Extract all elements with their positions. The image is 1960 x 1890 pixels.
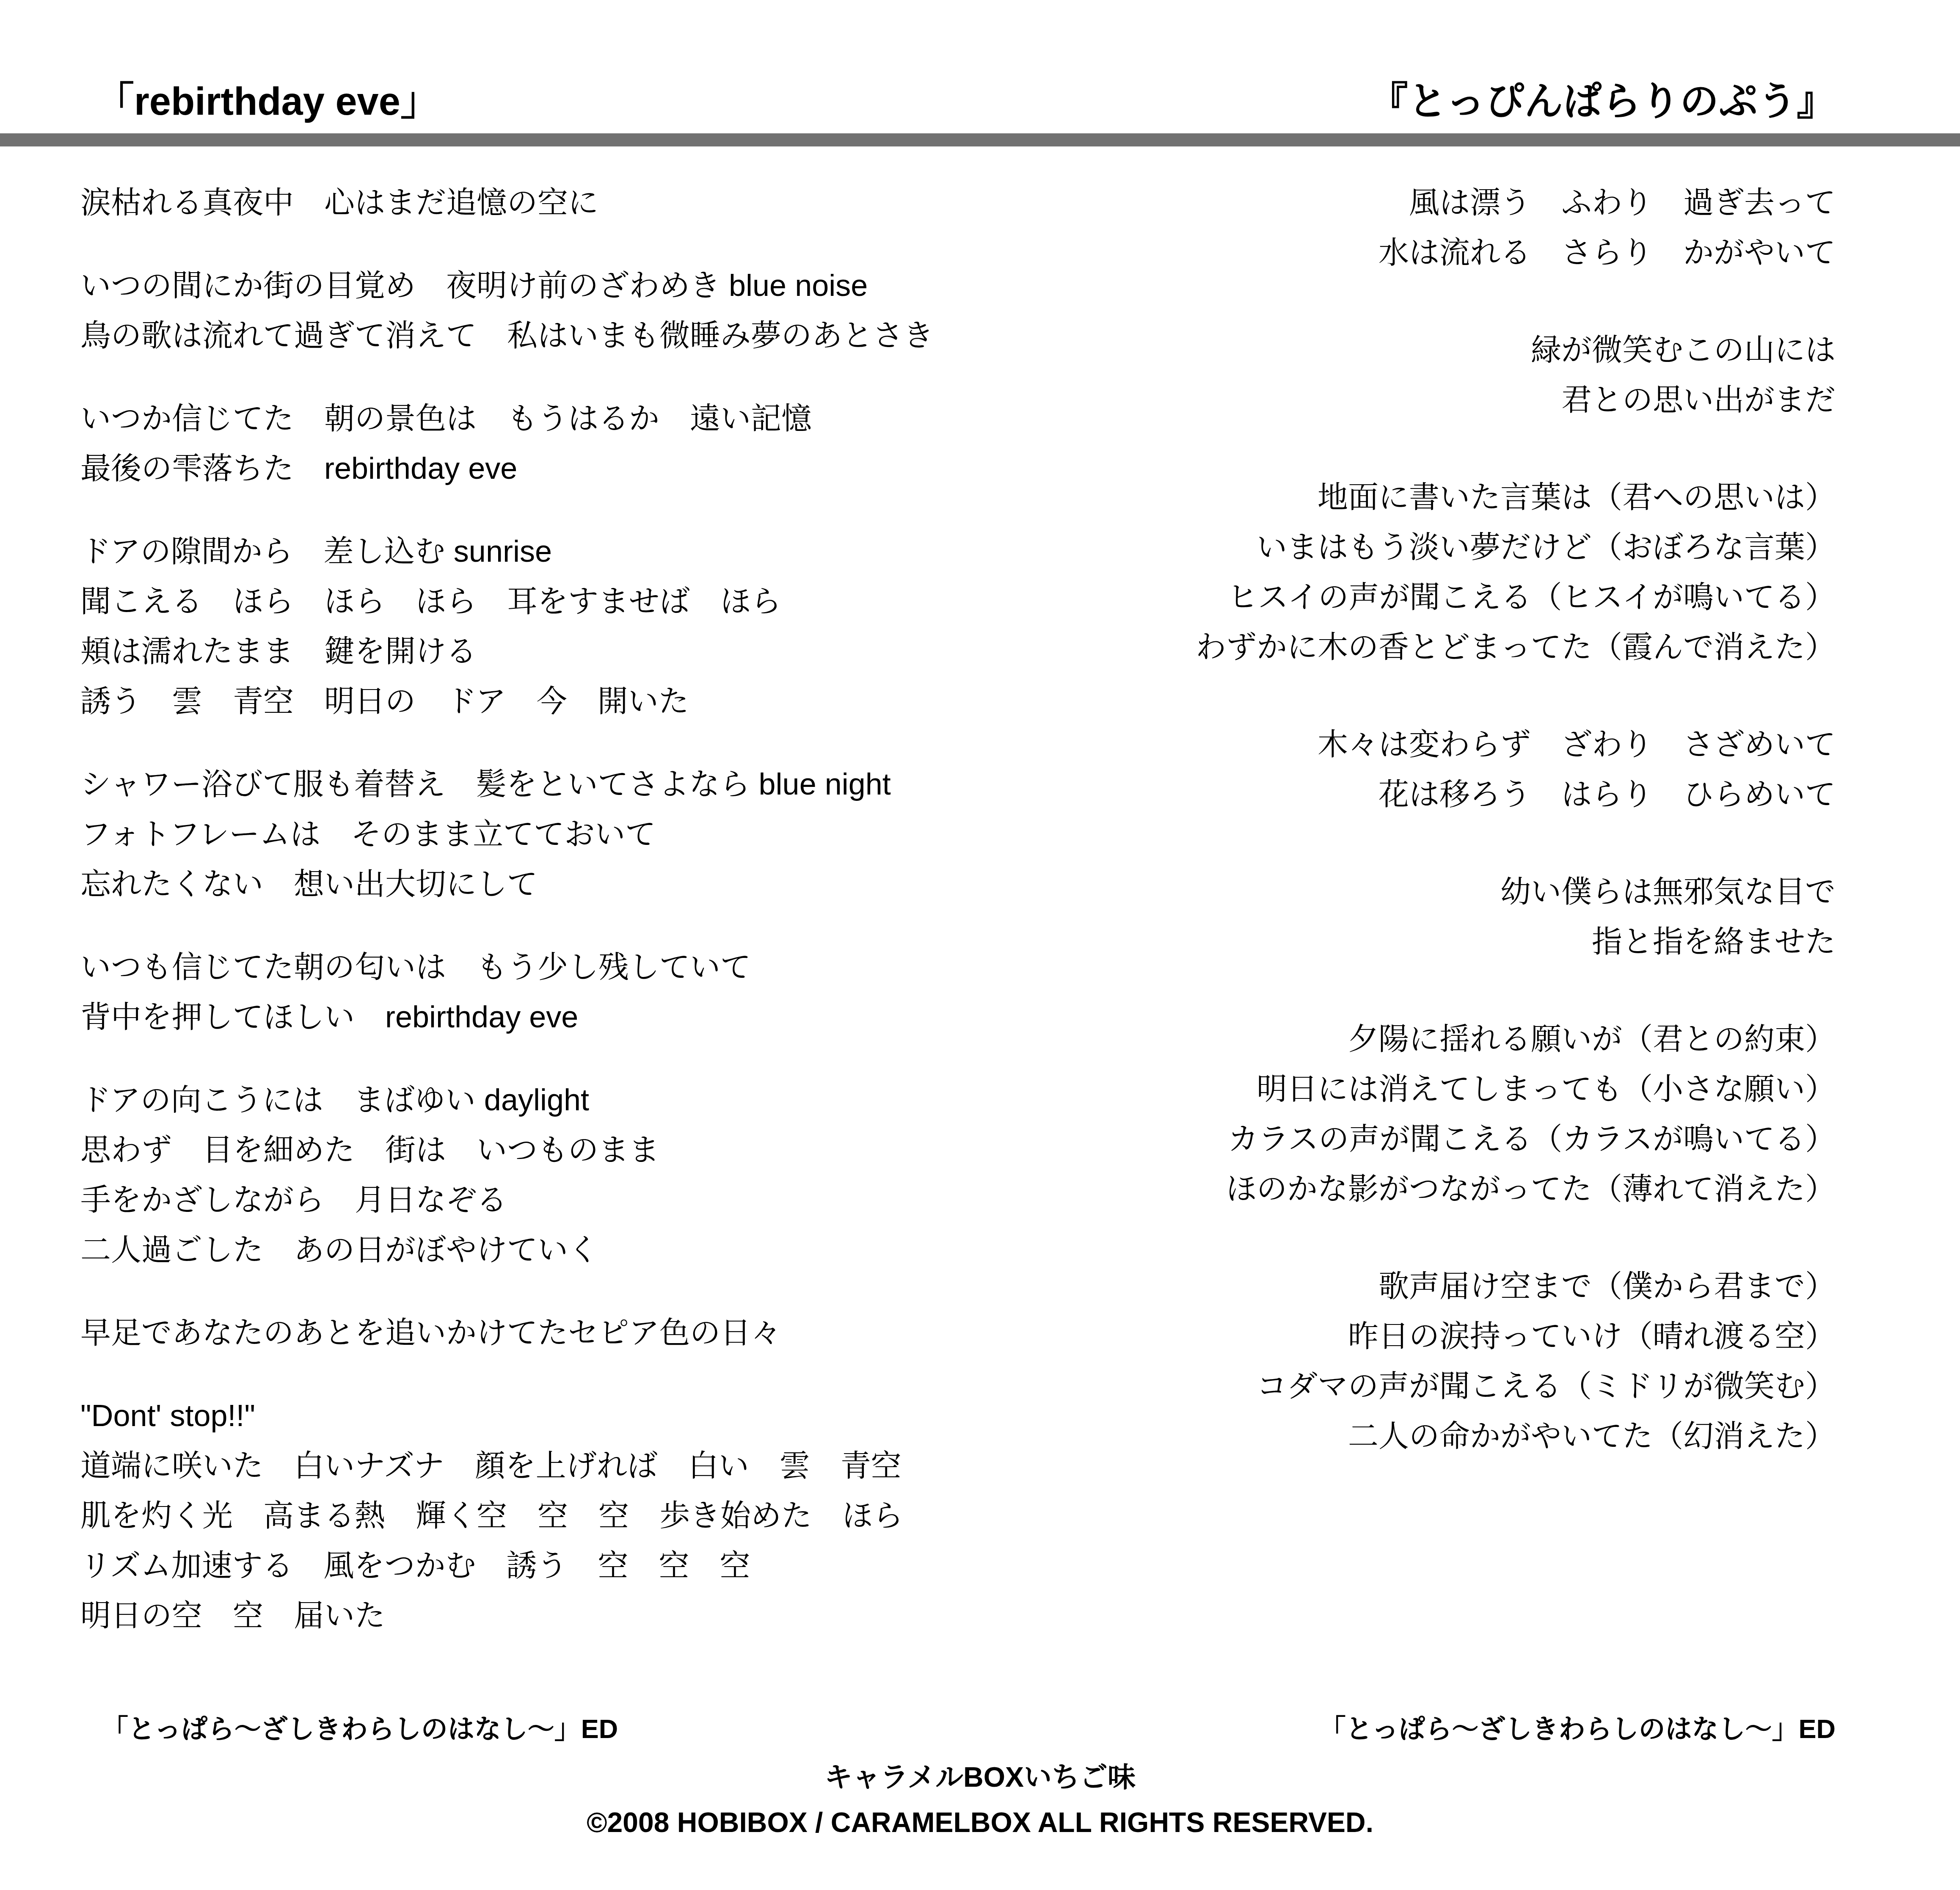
stanza: ドアの隙間から 差し込む sunrise聞こえる ほら ほら ほら 耳をすませば…: [80, 527, 934, 726]
lyric-line: いつの間にか街の目覚め 夜明け前のざわめき blue noise: [80, 261, 934, 311]
lyric-line: いつか信じてた 朝の景色は もうはるか 遠い記憶: [80, 394, 934, 444]
lyric-line: 二人の命かがやいてた（幻消えた）: [1196, 1411, 1836, 1461]
lyric-line: いまはもう淡い夢だけど（おぼろな言葉）: [1196, 522, 1836, 572]
stanza: 風は漂う ふわり 過ぎ去って水は流れる さらり かがやいて: [1196, 178, 1836, 278]
lyric-line: ほのかな影がつながってた（薄れて消えた）: [1196, 1164, 1836, 1214]
stanza: いつも信じてた朝の匂いは もう少し残していて背中を押してほしい rebirthd…: [80, 942, 934, 1042]
lyric-line: シャワー浴びて服も着替え 髪をといてさよなら blue night: [80, 759, 934, 809]
stanza: いつか信じてた 朝の景色は もうはるか 遠い記憶最後の雫落ちた rebirthd…: [80, 394, 934, 494]
stanza: 歌声届け空まで（僕から君まで）昨日の涙持っていけ（晴れ渡る空）コダマの声が聞こえ…: [1196, 1261, 1836, 1461]
lyrics-sheet: { "page": { "background": "#ffffff", "te…: [0, 0, 1960, 1890]
lyric-line: 君との思い出がまだ: [1196, 375, 1836, 425]
right-song-lyrics: 風は漂う ふわり 過ぎ去って水は流れる さらり かがやいて緑が微笑むこの山には君…: [1196, 178, 1836, 1461]
left-song-credit: 「とっぱら～ざしきわらしのはなし～」ED: [102, 1712, 618, 1747]
lyric-line: 背中を押してほしい rebirthday eve: [80, 992, 934, 1042]
lyric-line: 木々は変わらず ざわり さざめいて: [1196, 720, 1836, 770]
lyric-line: いつも信じてた朝の匂いは もう少し残していて: [80, 942, 934, 992]
lyric-line: 道端に咲いた 白いナズナ 顔を上げれば 白い 雲 青空: [80, 1441, 934, 1491]
lyric-line: 忘れたくない 想い出大切にして: [80, 859, 934, 909]
lyric-line: 水は流れる さらり かがやいて: [1196, 228, 1836, 278]
stanza: ドアの向こうには まばゆい daylight思わず 目を細めた 街は いつものま…: [80, 1075, 934, 1275]
stanza: 早足であなたのあとを追いかけてたセピア色の日々: [80, 1308, 934, 1358]
lyric-line: 最後の雫落ちた rebirthday eve: [80, 444, 934, 494]
left-song-lyrics: 涙枯れる真夜中 心はまだ追憶の空にいつの間にか街の目覚め 夜明け前のざわめき b…: [80, 178, 934, 1641]
stanza: 木々は変わらず ざわり さざめいて花は移ろう はらり ひらめいて: [1196, 720, 1836, 819]
lyric-line: 頬は濡れたまま 鍵を開ける: [80, 626, 934, 676]
lyric-line: "Dont' stop!!": [80, 1391, 934, 1441]
stanza: 涙枯れる真夜中 心はまだ追憶の空に: [80, 178, 934, 228]
lyric-line: 幼い僕らは無邪気な目で: [1196, 867, 1836, 917]
stanza: "Dont' stop!!"道端に咲いた 白いナズナ 顔を上げれば 白い 雲 青…: [80, 1391, 934, 1641]
right-song-credit: 「とっぱら～ざしきわらしのはなし～」ED: [1319, 1712, 1836, 1747]
lyric-line: 鳥の歌は流れて過ぎて消えて 私はいまも微睡み夢のあとさき: [80, 311, 934, 361]
lyric-line: 二人過ごした あの日がぼやけていく: [80, 1225, 934, 1275]
stanza: シャワー浴びて服も着替え 髪をといてさよなら blue nightフォトフレーム…: [80, 759, 934, 909]
lyric-line: 肌を灼く光 高まる熱 輝く空 空 空 歩き始めた ほら: [80, 1491, 934, 1541]
lyric-line: 地面に書いた言葉は（君への思いは）: [1196, 472, 1836, 522]
lyric-line: ドアの向こうには まばゆい daylight: [80, 1075, 934, 1125]
lyric-line: わずかに木の香とどまってた（霞んで消えた）: [1196, 622, 1836, 672]
right-song-title: 『とっぴんぱらりのぷう』: [1369, 78, 1836, 125]
lyric-line: 聞こえる ほら ほら ほら 耳をすませば ほら: [80, 577, 934, 626]
lyric-line: 誘う 雲 青空 明日の ドア 今 開いた: [80, 676, 934, 726]
lyric-line: ドアの隙間から 差し込む sunrise: [80, 527, 934, 577]
lyric-line: 涙枯れる真夜中 心はまだ追憶の空に: [80, 178, 934, 228]
lyric-line: 指と指を絡ませた: [1196, 917, 1836, 967]
stanza: 緑が微笑むこの山には君との思い出がまだ: [1196, 325, 1836, 425]
stanza: いつの間にか街の目覚め 夜明け前のざわめき blue noise鳥の歌は流れて過…: [80, 261, 934, 361]
stanza: 幼い僕らは無邪気な目で指と指を絡ませた: [1196, 867, 1836, 967]
lyric-line: 明日の空 空 届いた: [80, 1591, 934, 1641]
left-song-title: 「rebirthday eve」: [95, 78, 439, 125]
lyric-line: 思わず 目を細めた 街は いつものまま: [80, 1125, 934, 1175]
lyric-line: カラスの声が聞こえる（カラスが鳴いてる）: [1196, 1114, 1836, 1164]
lyric-line: 歌声届け空まで（僕から君まで）: [1196, 1261, 1836, 1311]
lyric-line: リズム加速する 風をつかむ 誘う 空 空 空: [80, 1541, 934, 1591]
stanza: 夕陽に揺れる願いが（君との約束）明日には消えてしまっても（小さな願い）カラスの声…: [1196, 1014, 1836, 1214]
header-divider-bar: [0, 133, 1960, 146]
lyric-line: 早足であなたのあとを追いかけてたセピア色の日々: [80, 1308, 934, 1358]
footer-copyright: ©2008 HOBIBOX / CARAMELBOX ALL RIGHTS RE…: [0, 1808, 1960, 1836]
lyric-line: フォトフレームは そのまま立てておいて: [80, 809, 934, 859]
lyric-line: 明日には消えてしまっても（小さな願い）: [1196, 1064, 1836, 1114]
lyric-line: 昨日の涙持っていけ（晴れ渡る空）: [1196, 1311, 1836, 1361]
lyric-line: コダマの声が聞こえる（ミドリが微笑む）: [1196, 1361, 1836, 1411]
lyric-line: ヒスイの声が聞こえる（ヒスイが鳴いてる）: [1196, 572, 1836, 622]
lyric-line: 手をかざしながら 月日なぞる: [80, 1175, 934, 1225]
lyric-line: 夕陽に揺れる願いが（君との約束）: [1196, 1014, 1836, 1064]
lyric-line: 風は漂う ふわり 過ぎ去って: [1196, 178, 1836, 228]
lyric-line: 花は移ろう はらり ひらめいて: [1196, 770, 1836, 819]
lyric-line: 緑が微笑むこの山には: [1196, 325, 1836, 375]
stanza: 地面に書いた言葉は（君への思いは）いまはもう淡い夢だけど（おぼろな言葉）ヒスイの…: [1196, 472, 1836, 672]
footer-album-title: キャラメルBOXいちご味: [0, 1763, 1960, 1791]
